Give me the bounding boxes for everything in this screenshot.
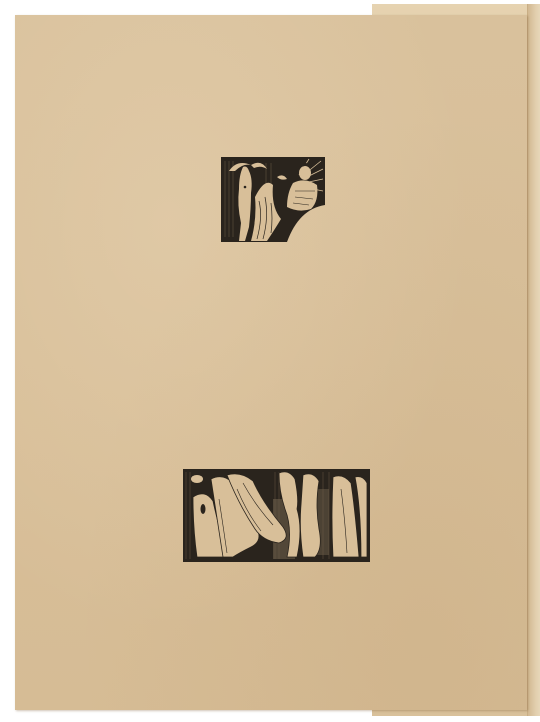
back-sheet-edge [527,4,540,716]
top-woodcut-illustration [221,157,325,242]
bottom-woodcut-artwork [183,469,370,562]
top-woodcut-artwork [221,157,325,242]
bottom-woodcut-illustration [183,469,370,562]
paper-sheet [15,15,527,710]
